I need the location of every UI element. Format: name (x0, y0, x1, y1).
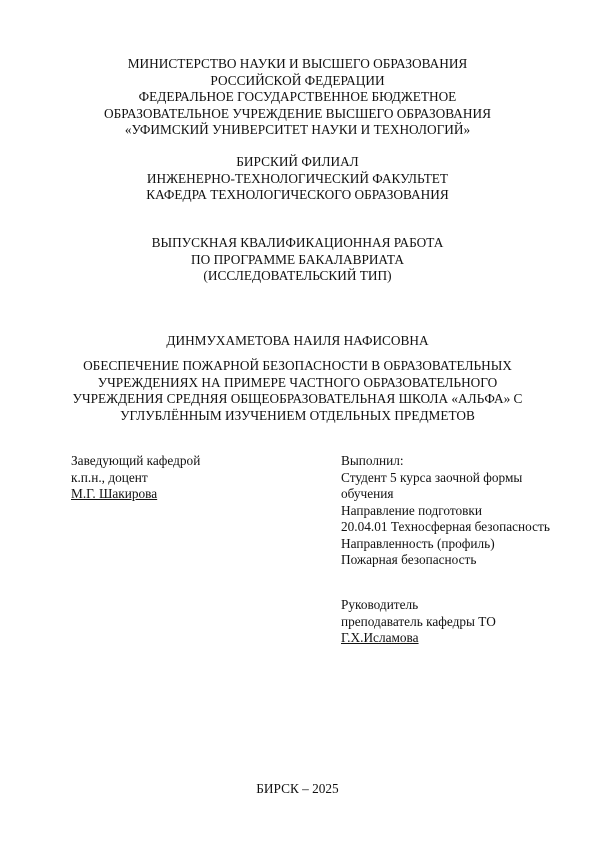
performer-line: Направленность (профиль) (341, 536, 550, 553)
ministry-line: МИНИСТЕРСТВО НАУКИ И ВЫСШЕГО ОБРАЗОВАНИЯ (0, 56, 595, 73)
performer-label: Выполнил: (341, 453, 550, 470)
branch-block: БИРСКИЙ ФИЛИАЛ ИНЖЕНЕРНО-ТЕХНОЛОГИЧЕСКИЙ… (0, 154, 595, 204)
thesis-title: ОБЕСПЕЧЕНИЕ ПОЖАРНОЙ БЕЗОПАСНОСТИ В ОБРА… (0, 358, 595, 424)
author-text: ДИНМУХАМЕТОВА НАИЛЯ НАФИСОВНА (0, 333, 595, 350)
hod-role: Заведующий кафедрой (71, 453, 200, 470)
performer-line: Пожарная безопасность (341, 552, 550, 569)
performer-line: Направление подготовки (341, 503, 550, 520)
work-type-line: (ИССЛЕДОВАТЕЛЬСКИЙ ТИП) (0, 268, 595, 285)
hod-name: М.Г. Шакирова (71, 486, 200, 503)
footer-text: БИРСК – 2025 (0, 781, 595, 798)
branch-line: ИНЖЕНЕРНО-ТЕХНОЛОГИЧЕСКИЙ ФАКУЛЬТЕТ (0, 171, 595, 188)
title-line: ОБЕСПЕЧЕНИЕ ПОЖАРНОЙ БЕЗОПАСНОСТИ В ОБРА… (0, 358, 595, 375)
supervisor-role: Руководитель (341, 597, 496, 614)
work-type-line: ВЫПУСКНАЯ КВАЛИФИКАЦИОННАЯ РАБОТА (0, 235, 595, 252)
title-line: УЧРЕЖДЕНИЯ СРЕДНЯЯ ОБЩЕОБРАЗОВАТЕЛЬНАЯ Ш… (0, 391, 595, 408)
ministry-line: ОБРАЗОВАТЕЛЬНОЕ УЧРЕЖДЕНИЕ ВЫСШЕГО ОБРАЗ… (0, 106, 595, 123)
work-type-line: ПО ПРОГРАММЕ БАКАЛАВРИАТА (0, 252, 595, 269)
author-name: ДИНМУХАМЕТОВА НАИЛЯ НАФИСОВНА (0, 333, 595, 350)
ministry-line: «УФИМСКИЙ УНИВЕРСИТЕТ НАУКИ И ТЕХНОЛОГИЙ… (0, 122, 595, 139)
head-of-department-block: Заведующий кафедрой к.п.н., доцент М.Г. … (71, 453, 200, 503)
performer-block: Выполнил: Студент 5 курса заочной формы … (341, 453, 550, 569)
supervisor-name: Г.Х.Исламова (341, 630, 496, 647)
branch-line: КАФЕДРА ТЕХНОЛОГИЧЕСКОГО ОБРАЗОВАНИЯ (0, 187, 595, 204)
branch-line: БИРСКИЙ ФИЛИАЛ (0, 154, 595, 171)
ministry-block: МИНИСТЕРСТВО НАУКИ И ВЫСШЕГО ОБРАЗОВАНИЯ… (0, 56, 595, 139)
performer-line: обучения (341, 486, 550, 503)
work-type-block: ВЫПУСКНАЯ КВАЛИФИКАЦИОННАЯ РАБОТА ПО ПРО… (0, 235, 595, 285)
performer-line: 20.04.01 Техносферная безопасность (341, 519, 550, 536)
hod-degree: к.п.н., доцент (71, 470, 200, 487)
supervisor-position: преподаватель кафедры ТО (341, 614, 496, 631)
performer-line: Студент 5 курса заочной формы (341, 470, 550, 487)
ministry-line: РОССИЙСКОЙ ФЕДЕРАЦИИ (0, 73, 595, 90)
supervisor-block: Руководитель преподаватель кафедры ТО Г.… (341, 597, 496, 647)
footer-city-year: БИРСК – 2025 (0, 781, 595, 798)
title-line: УЧРЕЖДЕНИЯХ НА ПРИМЕРЕ ЧАСТНОГО ОБРАЗОВА… (0, 375, 595, 392)
ministry-line: ФЕДЕРАЛЬНОЕ ГОСУДАРСТВЕННОЕ БЮДЖЕТНОЕ (0, 89, 595, 106)
title-line: УГЛУБЛЁННЫМ ИЗУЧЕНИЕМ ОТДЕЛЬНЫХ ПРЕДМЕТО… (0, 408, 595, 425)
